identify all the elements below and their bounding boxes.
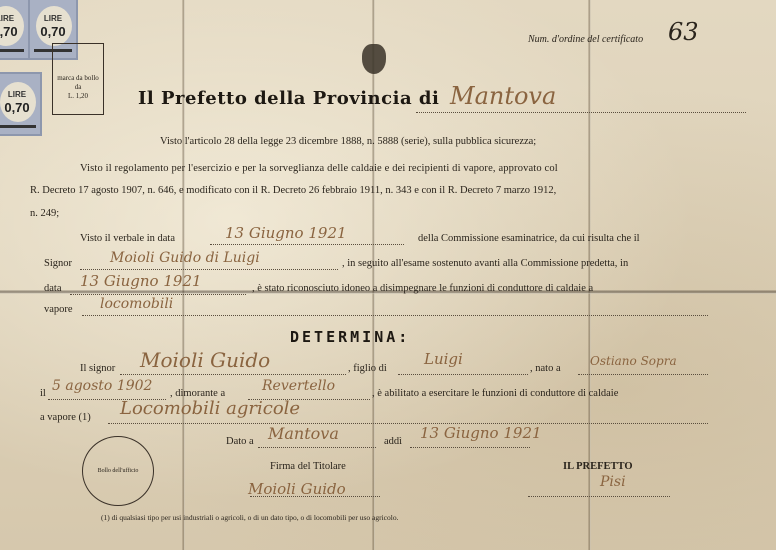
nato-label: , nato a — [530, 363, 561, 374]
dotted-line — [82, 315, 708, 316]
verbale-text: della Commissione esaminatrice, da cui r… — [418, 233, 640, 244]
page-title: Il Prefetto della Provincia di — [138, 88, 439, 109]
office-seal: Bollo dell'ufficio — [82, 436, 154, 506]
birthplace: Ostiano Sopra — [590, 354, 677, 368]
exam-date: 13 Giugno 1921 — [80, 272, 202, 290]
revenue-stamp: LIRE0,70 — [0, 72, 42, 136]
dotted-line — [108, 423, 708, 424]
data-label: data — [44, 283, 62, 294]
dotted-line — [250, 496, 380, 497]
stamp-value: 0,70 — [30, 24, 76, 39]
verbale-text: , in seguito all'esame sostenuto avanti … — [342, 258, 628, 269]
paragraph-decreto: R. Decreto 17 agosto 1907, n. 646, e mod… — [30, 185, 556, 196]
holder-name: Moioli Guido — [140, 348, 270, 372]
figlio-label: , figlio di — [348, 363, 387, 374]
dato-label: Dato a — [226, 436, 254, 447]
verbale-text: , è stato riconosciuto idoneo a disimpeg… — [252, 283, 593, 294]
a-vapore-label: a vapore (1) — [40, 412, 91, 423]
dotted-line — [528, 496, 670, 497]
father-name: Luigi — [424, 350, 463, 368]
signor-name: Moioli Guido di Luigi — [110, 250, 260, 266]
dotted-line — [416, 112, 746, 113]
dotted-line — [578, 374, 708, 375]
footnote: (1) di qualsiasi tipo per usi industrial… — [101, 513, 398, 522]
certificate-number: 63 — [668, 18, 699, 46]
dotted-line — [80, 269, 338, 270]
certificate-document: LIRE0,70 LIRE0,70 LIRE0,70 marca da boll… — [0, 0, 776, 550]
paragraph-legge: Visto l'articolo 28 della legge 23 dicem… — [160, 136, 536, 147]
vapore-value: locomobili — [100, 296, 173, 312]
marca-da-bollo-box: marca da bollo da L. 1,20 — [52, 43, 104, 115]
il-signor-label: Il signor — [80, 363, 115, 374]
paragraph-regolamento: Visto il regolamento per l'esercizio e p… — [80, 163, 558, 174]
revenue-stamp: LIRE0,70 — [0, 0, 30, 60]
stamp-value: 0,70 — [0, 100, 40, 115]
stamp-label: LIRE — [0, 14, 28, 23]
dotted-line — [120, 374, 346, 375]
stamp-value: 0,70 — [0, 24, 28, 39]
signor-label: Signor — [44, 258, 72, 269]
prefetto-signature: Pisi — [600, 474, 626, 490]
determina-heading: DETERMINA: — [290, 328, 410, 346]
residence: Revertello — [262, 378, 335, 394]
firma-label: Firma del Titolare — [270, 461, 346, 472]
il-label: il — [40, 388, 46, 399]
verbale-date: 13 Giugno 1921 — [225, 224, 347, 242]
stamp-label: LIRE — [30, 14, 76, 23]
dotted-line — [70, 294, 246, 295]
dato-place: Mantova — [268, 424, 339, 443]
prefetto-label: IL PREFETTO — [563, 461, 633, 472]
birth-date: 5 agosto 1902 — [52, 378, 152, 394]
fold-line — [372, 0, 375, 550]
vapore-label: vapore — [44, 304, 73, 315]
certificate-number-label: Num. d'ordine del certificato — [528, 34, 643, 45]
verbale-label: Visto il verbale in data — [80, 233, 175, 244]
paragraph-numero: n. 249; — [30, 208, 59, 219]
issue-date: 13 Giugno 1921 — [420, 424, 542, 442]
province-name: Mantova — [450, 82, 556, 110]
stamp-label: LIRE — [0, 90, 40, 99]
dotted-line — [398, 374, 528, 375]
abilitato-text: , è abilitato a esercitare le funzioni d… — [372, 388, 618, 399]
a-vapore-value: Locomobili agricole — [120, 398, 300, 419]
marca-text: L. 1,20 — [53, 92, 103, 101]
marca-text: da — [53, 83, 103, 92]
dotted-line — [258, 447, 376, 448]
coat-of-arms-icon — [362, 44, 386, 74]
dotted-line — [210, 244, 404, 245]
addi-label: addì — [384, 436, 402, 447]
seal-label: Bollo dell'ufficio — [98, 468, 139, 474]
dotted-line — [410, 447, 530, 448]
marca-text: marca da bollo — [53, 74, 103, 83]
